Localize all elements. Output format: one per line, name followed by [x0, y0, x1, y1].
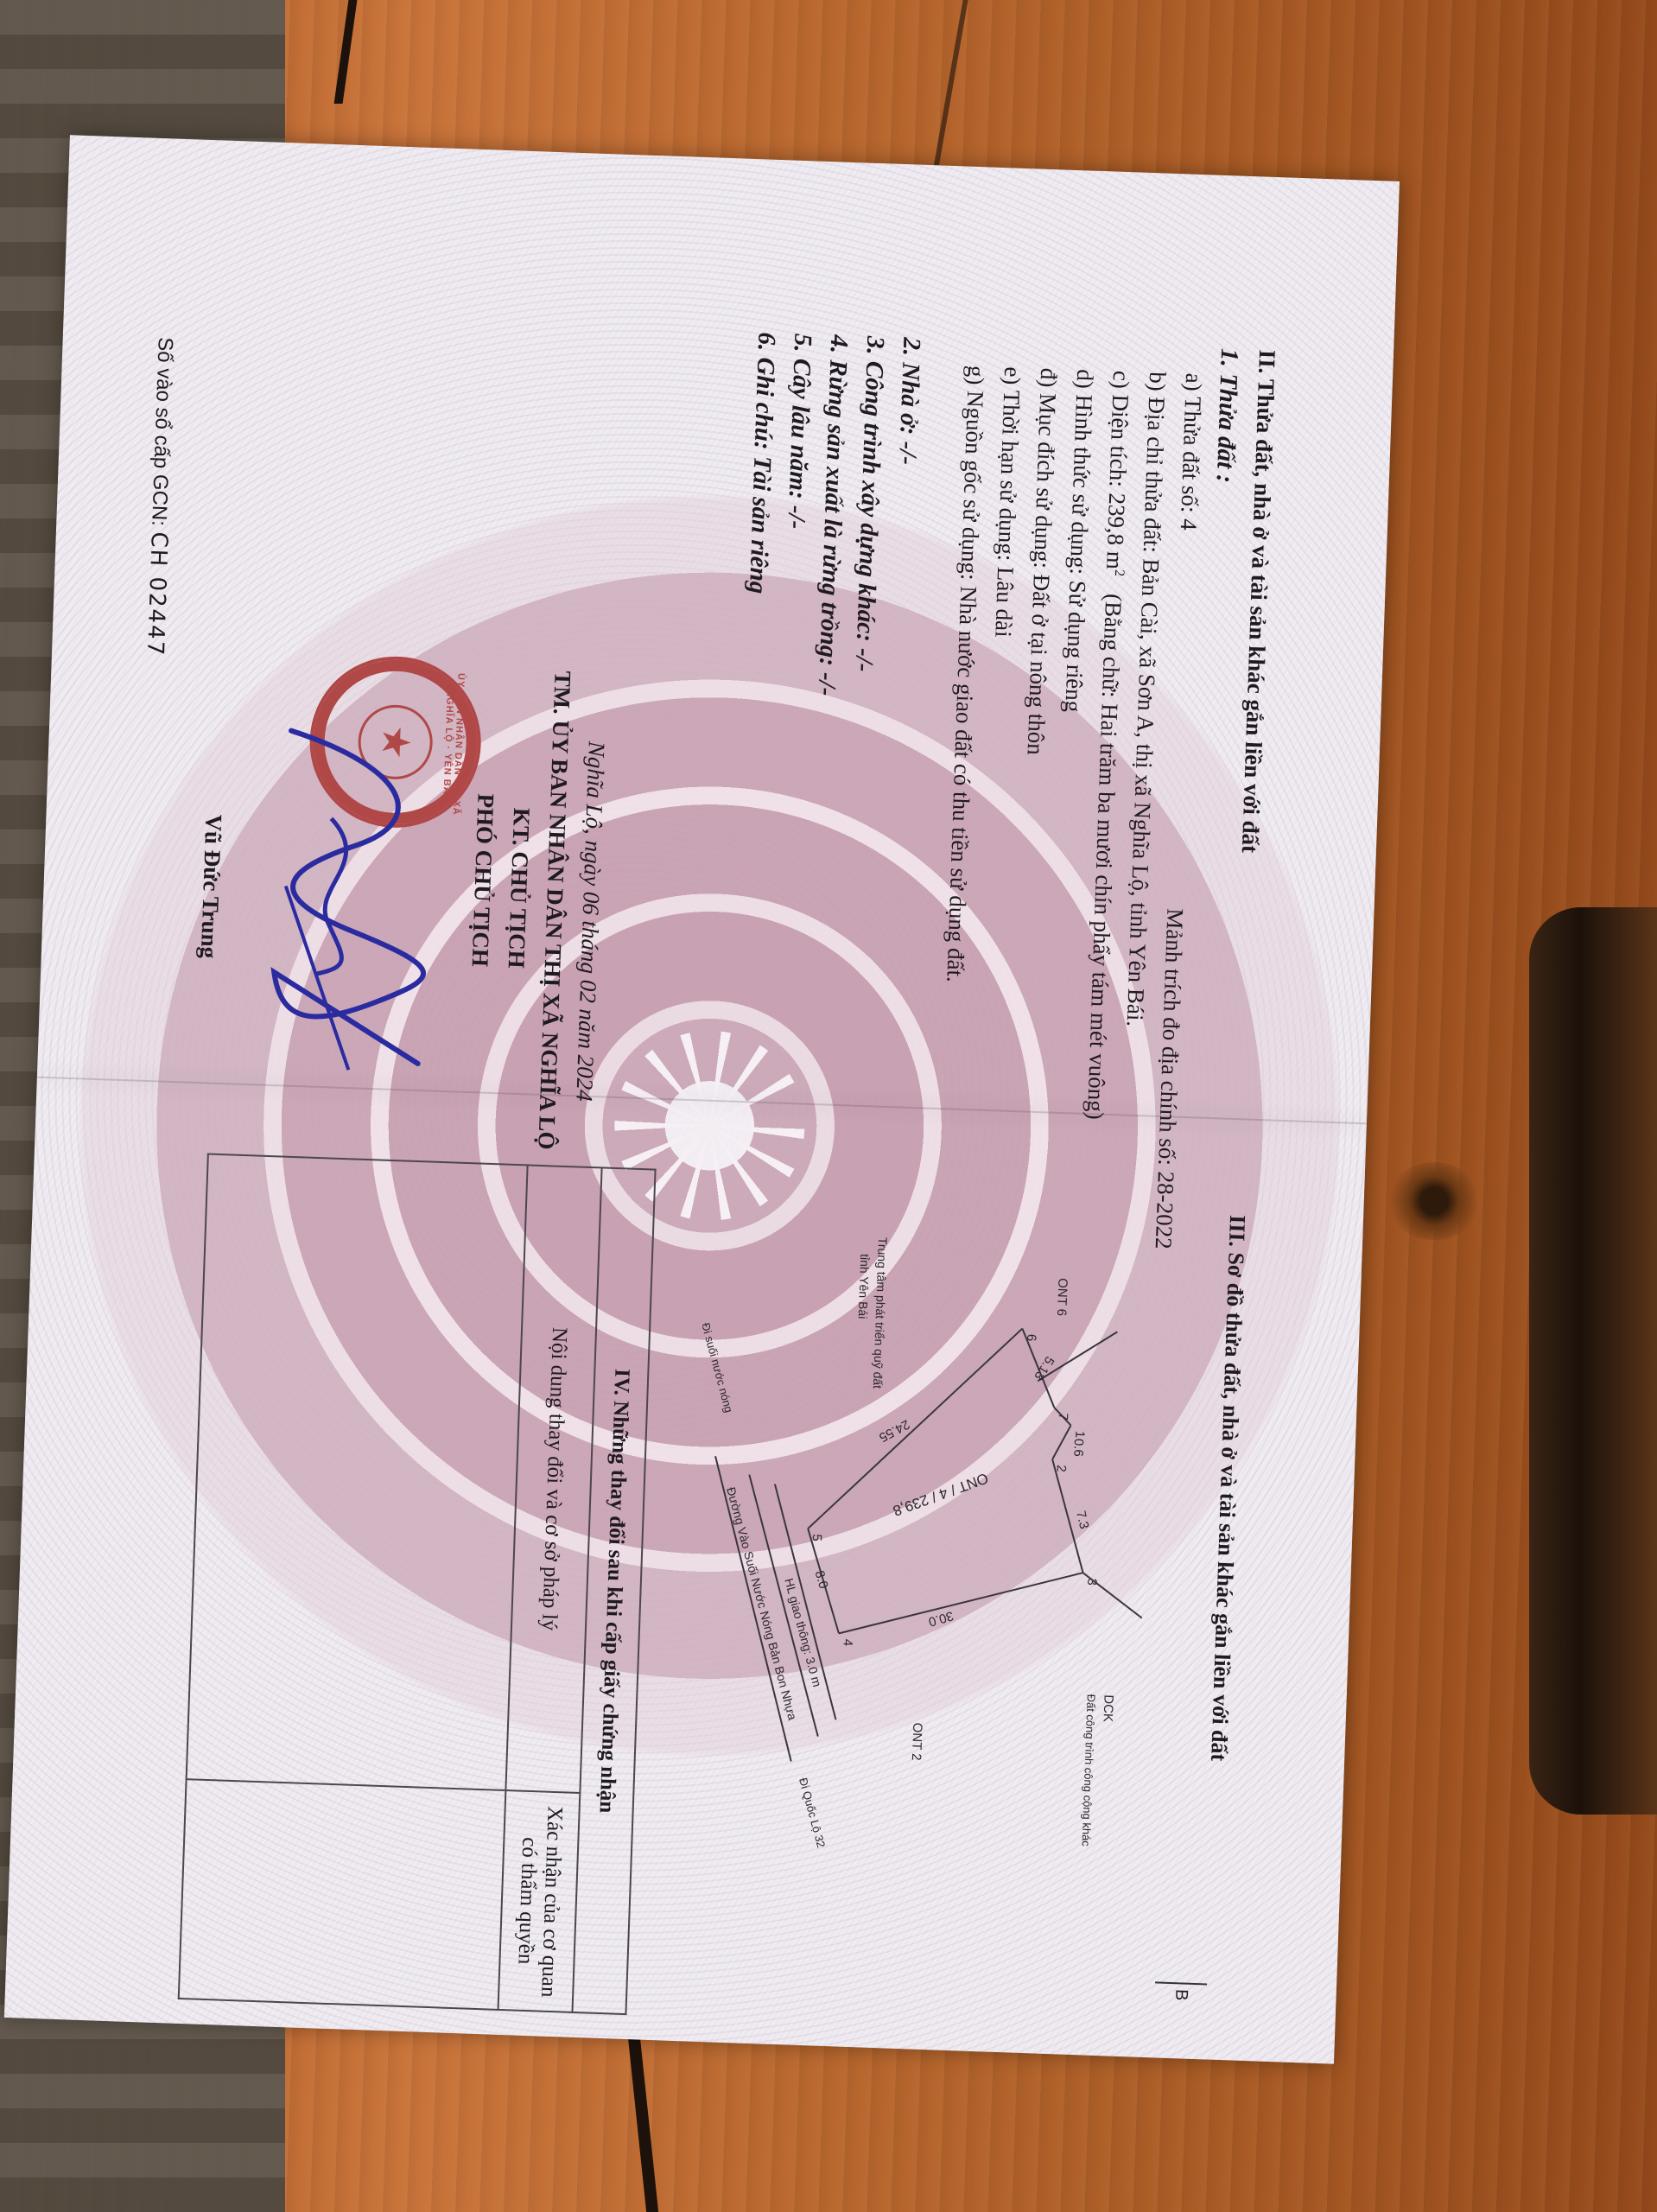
- usage-term-value: Lâu dài: [990, 566, 1019, 638]
- parcel-address-label: b) Địa chỉ thửa đất:: [1139, 372, 1171, 553]
- svg-text:6: 6: [1024, 1334, 1038, 1342]
- item-label: 4. Rừng sản xuất là rừng trồng:: [814, 334, 853, 667]
- usage-origin-value: Nhà nước giao đất có thu tiền sử dụng đấ…: [942, 586, 981, 983]
- parcel-number-value: 4: [1176, 518, 1202, 531]
- parcel-area-words: (Bằng chữ: Hai trăm ba mươi chín phẩy tá…: [1082, 594, 1127, 1121]
- svg-text:7.3: 7.3: [1073, 1510, 1091, 1530]
- item-value: -/-: [813, 672, 841, 696]
- svg-text:tỉnh Yên Bái: tỉnh Yên Bái: [856, 1254, 873, 1319]
- other-construction-item: 3. Công trình xây dựng khác: -/-: [848, 335, 892, 672]
- parcel-area-value: 239,8 m: [1101, 493, 1130, 570]
- registration-number: Số vào sổ cấp GCN: CH 02447: [140, 337, 179, 658]
- svg-text:Đi Quốc Lộ 32: Đi Quốc Lộ 32: [797, 1777, 828, 1849]
- item-value: Tài sản riêng: [744, 455, 777, 594]
- svg-text:7: 7: [1056, 1413, 1070, 1421]
- item-value: -/-: [783, 505, 811, 529]
- item-label: 5. Cây lâu năm:: [784, 333, 817, 499]
- signer-name: Vũ Đức Trung: [194, 814, 228, 959]
- registration-value: CH 02447: [142, 531, 172, 658]
- usage-purpose-row: đ) Mục đích sử dụng: Đất ở tại nông thôn: [1020, 367, 1063, 755]
- changes-confirmation-cell: [179, 1779, 506, 2010]
- usage-term-label: e) Thời hạn sử dụng:: [993, 366, 1025, 562]
- parcel-diagram: 12345670.67.35.1324.5530.08.0ONT / 4 / 2…: [683, 1197, 1190, 1887]
- svg-text:ONT / 4 / 239,8: ONT / 4 / 239,8: [891, 1470, 990, 1520]
- item-label: 3. Công trình xây dựng khác:: [851, 335, 889, 642]
- item-label: 2. Nhà ở:: [894, 337, 925, 435]
- parcel-number-row: a) Thửa đất số: 4: [1173, 372, 1208, 531]
- area-unit-superscript: 2: [1112, 569, 1127, 577]
- left-page: II. Thửa đất, nhà ở và tài sản khác gắn …: [37, 135, 1400, 1122]
- wood-knot: [1387, 1162, 1482, 1240]
- usage-form-row: d) Hình thức sử dụng: Sử dụng riêng: [1058, 369, 1100, 713]
- svg-text:Đất công trình công cộng khác: Đất công trình công cộng khác: [1080, 1694, 1098, 1847]
- svg-text:Trung tâm phát triển quỹ đất: Trung tâm phát triển quỹ đất: [871, 1237, 890, 1389]
- registration-label: Số vào sổ cấp GCN:: [147, 337, 177, 527]
- signer-title: PHÓ CHỦ TỊCH: [465, 793, 500, 968]
- usage-form-label: d) Hình thức sử dụng:: [1065, 369, 1098, 575]
- parcel-number-label: a) Thửa đất số:: [1176, 372, 1207, 513]
- svg-text:5: 5: [809, 1534, 824, 1541]
- parcel-heading: 1. Thửa đất :: [1209, 348, 1245, 484]
- item-label: 6. Ghi chú:: [749, 332, 781, 450]
- svg-text:3: 3: [1084, 1578, 1099, 1586]
- sign-date: Nghĩa Lộ, ngày 06 tháng 02 năm 2024: [569, 741, 611, 1102]
- usage-origin-label: g) Nguồn gốc sử dụng:: [956, 365, 990, 582]
- north-arrow: B: [1154, 1981, 1207, 2001]
- svg-text:Đi suối nước nóng: Đi suối nước nóng: [699, 1321, 735, 1414]
- item-value: -/-: [850, 648, 879, 672]
- north-label: B: [1171, 1989, 1190, 2001]
- parcel-area-label: c) Diện tích:: [1104, 370, 1134, 487]
- item-value: -/-: [893, 441, 922, 465]
- svg-text:DCK: DCK: [1101, 1694, 1116, 1722]
- svg-text:0.6: 0.6: [1070, 1439, 1086, 1457]
- section-iii-heading: III. Sơ đồ thửa đất, nhà ở và tài sản kh…: [1204, 1215, 1252, 1762]
- usage-term-row: e) Thời hạn sử dụng: Lâu dài: [988, 366, 1027, 638]
- right-page: III. Sơ đồ thửa đất, nhà ở và tài sản kh…: [4, 1078, 1367, 2064]
- table-gap: [1529, 907, 1657, 1815]
- svg-text:ONT 2: ONT 2: [909, 1722, 925, 1760]
- usage-form-value: Sử dụng riêng: [1060, 580, 1090, 713]
- notes-item: 6. Ghi chú: Tài sản riêng: [742, 332, 783, 594]
- svg-text:2: 2: [1054, 1465, 1069, 1472]
- svg-text:4: 4: [840, 1638, 854, 1646]
- svg-text:24.55: 24.55: [877, 1416, 912, 1445]
- certificate-sheet: II. Thửa đất, nhà ở và tài sản khác gắn …: [4, 135, 1400, 2063]
- usage-purpose-label: đ) Mục đích sử dụng:: [1029, 367, 1062, 569]
- changes-content-cell: [187, 1154, 528, 1790]
- perennial-trees-item: 5. Cây lâu năm: -/-: [780, 333, 818, 530]
- usage-origin-row: g) Nguồn gốc sử dụng: Nhà nước giao đất …: [940, 365, 991, 982]
- usage-purpose-value: Đất ở tại nông thôn: [1023, 574, 1055, 755]
- house-item: 2. Nhà ở: -/-: [892, 337, 927, 466]
- north-arrow-line-icon: [1155, 1981, 1207, 1985]
- signature-icon: [227, 712, 464, 1083]
- svg-text:8.0: 8.0: [812, 1569, 831, 1591]
- svg-text:ONT 6: ONT 6: [1054, 1278, 1070, 1316]
- svg-text:1: 1: [1072, 1431, 1087, 1439]
- changes-table: IV. Những thay đổi sau khi cấp giấy chứn…: [178, 1154, 657, 2016]
- column-header-confirmation: Xác nhận của cơ quan có thẩm quyền: [498, 1790, 581, 2012]
- signing-authority: KT. CHỦ TỊCH: [501, 807, 536, 969]
